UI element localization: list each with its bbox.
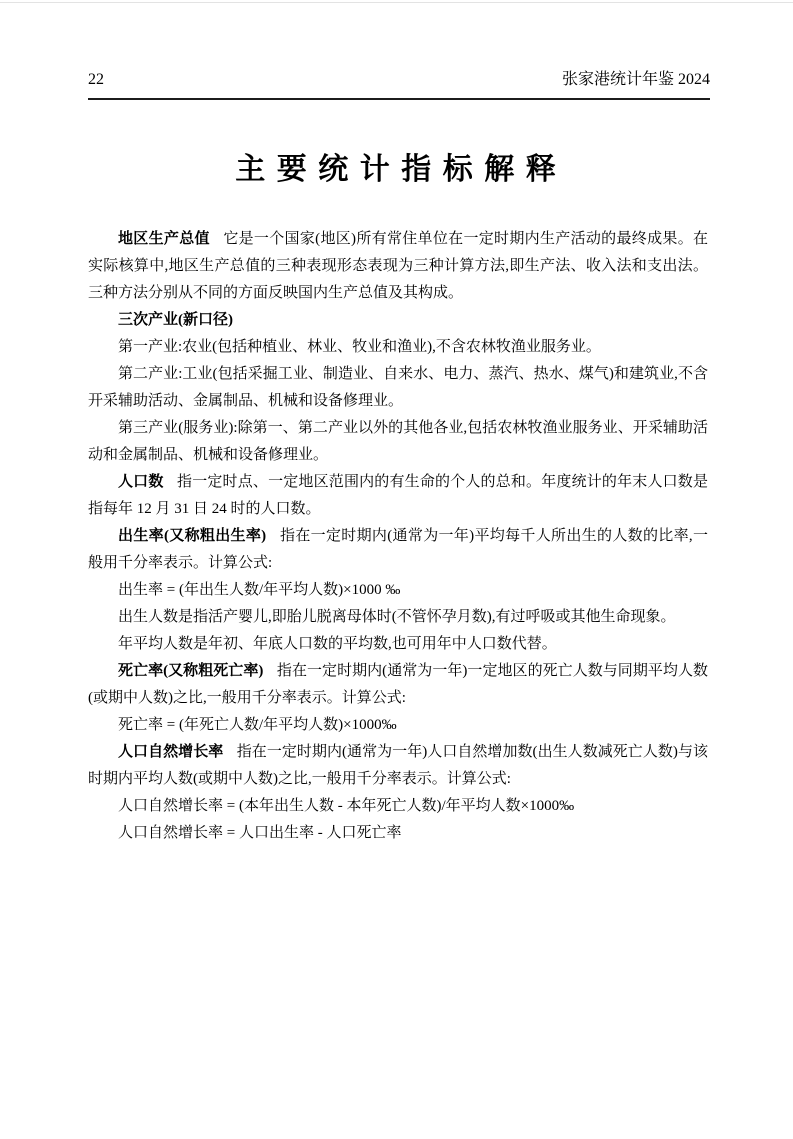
formula-text: 死亡率 = (年死亡人数/年平均人数)×1000‰ bbox=[118, 717, 397, 733]
page-top-edge bbox=[0, 2, 793, 3]
formula-text: 出生率 = (年出生人数/年平均人数)×1000 ‰ bbox=[118, 582, 400, 598]
definition-paragraph-three-industries: 三次产业(新口径) bbox=[88, 307, 708, 334]
page-number: 22 bbox=[88, 70, 104, 90]
definition-paragraph-primary-industry: 第一产业:农业(包括种植业、林业、牧业和渔业),不含农林牧渔业服务业。 bbox=[88, 334, 708, 361]
section-title: 主 要 统 计 指 标 解 释 bbox=[0, 150, 793, 190]
definition-text: 年平均人数是年初、年底人口数的平均数,也可用年中人口数代替。 bbox=[118, 636, 557, 652]
definition-paragraph-natural-growth-rate: 人口自然增长率指在一定时期内(通常为一年)人口自然增加数(出生人数减死亡人数)与… bbox=[88, 739, 708, 793]
yearbook-title: 张家港统计年鉴 2024 bbox=[562, 70, 710, 90]
term-label: 出生率(又称粗出生率) bbox=[118, 528, 266, 544]
definition-text: 第三产业(服务业):除第一、第二产业以外的其他各业,包括农林牧渔业服务业、开采辅… bbox=[88, 420, 708, 463]
term-label: 三次产业(新口径) bbox=[118, 312, 233, 328]
definition-paragraph-death-rate: 死亡率(又称粗死亡率)指在一定时期内(通常为一年)一定地区的死亡人数与同期平均人… bbox=[88, 658, 708, 712]
formula-natural-growth-rate: 人口自然增长率 = (本年出生人数 - 本年死亡人数)/年平均人数×1000‰ bbox=[88, 793, 708, 820]
document-page: 22 张家港统计年鉴 2024 主 要 统 计 指 标 解 释 地区生产总值它是… bbox=[0, 0, 793, 1139]
formula-text: 人口自然增长率 = (本年出生人数 - 本年死亡人数)/年平均人数×1000‰ bbox=[118, 798, 574, 814]
definition-paragraph-secondary-industry: 第二产业:工业(包括采掘工业、制造业、自来水、电力、蒸汽、热水、煤气)和建筑业,… bbox=[88, 361, 708, 415]
formula-birth-rate: 出生率 = (年出生人数/年平均人数)×1000 ‰ bbox=[88, 577, 708, 604]
definition-text: 第一产业:农业(包括种植业、林业、牧业和渔业),不含农林牧渔业服务业。 bbox=[118, 339, 601, 355]
definition-paragraph-gdp: 地区生产总值它是一个国家(地区)所有常住单位在一定时期内生产活动的最终成果。在实… bbox=[88, 226, 708, 307]
formula-natural-growth-rate-simple: 人口自然增长率 = 人口出生率 - 人口死亡率 bbox=[88, 820, 708, 847]
note-average-population: 年平均人数是年初、年底人口数的平均数,也可用年中人口数代替。 bbox=[88, 631, 708, 658]
note-births: 出生人数是指活产婴儿,即胎儿脱离母体时(不管怀孕月数),有过呼吸或其他生命现象。 bbox=[88, 604, 708, 631]
definitions-body: 地区生产总值它是一个国家(地区)所有常住单位在一定时期内生产活动的最终成果。在实… bbox=[88, 226, 708, 847]
definition-paragraph-birth-rate: 出生率(又称粗出生率)指在一定时期内(通常为一年)平均每千人所出生的人数的比率,… bbox=[88, 523, 708, 577]
term-label: 地区生产总值 bbox=[118, 231, 210, 247]
term-label: 死亡率(又称粗死亡率) bbox=[118, 663, 263, 679]
term-label: 人口数 bbox=[118, 474, 164, 490]
definition-paragraph-tertiary-industry: 第三产业(服务业):除第一、第二产业以外的其他各业,包括农林牧渔业服务业、开采辅… bbox=[88, 415, 708, 469]
page-header: 22 张家港统计年鉴 2024 bbox=[88, 70, 710, 100]
definition-paragraph-population: 人口数指一定时点、一定地区范围内的有生命的个人的总和。年度统计的年末人口数是指每… bbox=[88, 469, 708, 523]
formula-death-rate: 死亡率 = (年死亡人数/年平均人数)×1000‰ bbox=[88, 712, 708, 739]
formula-text: 人口自然增长率 = 人口出生率 - 人口死亡率 bbox=[118, 825, 401, 841]
definition-text: 指一定时点、一定地区范围内的有生命的个人的总和。年度统计的年末人口数是指每年 1… bbox=[88, 474, 708, 517]
definition-text: 出生人数是指活产婴儿,即胎儿脱离母体时(不管怀孕月数),有过呼吸或其他生命现象。 bbox=[118, 609, 676, 625]
definition-text: 第二产业:工业(包括采掘工业、制造业、自来水、电力、蒸汽、热水、煤气)和建筑业,… bbox=[88, 366, 708, 409]
term-label: 人口自然增长率 bbox=[118, 744, 223, 760]
